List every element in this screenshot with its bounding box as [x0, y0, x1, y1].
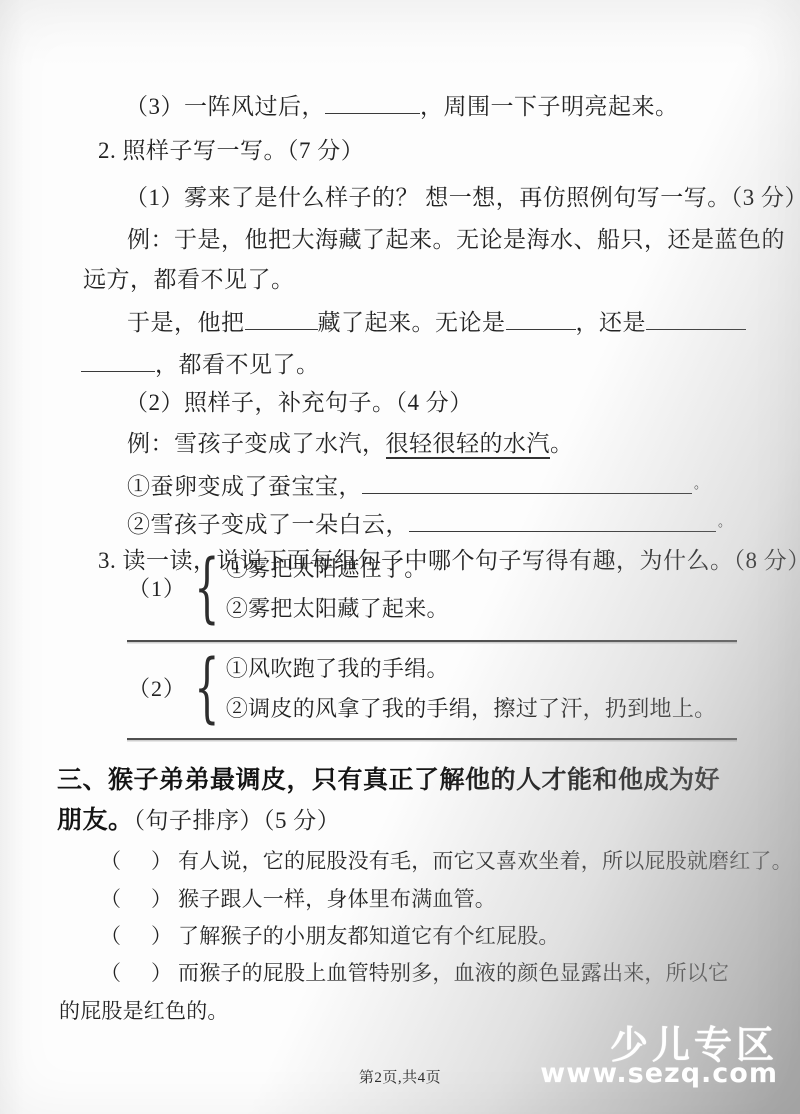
- ordering-item-4-wrap: 的屁股是红色的。: [59, 995, 229, 1025]
- question-text: ①蚕卵变成了蚕宝宝，: [127, 474, 362, 499]
- group-label: （2）: [128, 672, 186, 703]
- ordering-text: 的屁股是红色的。: [59, 999, 229, 1023]
- group-sentences: ①风吹跑了我的手绢。 ②调皮的风拿了我的手绢，擦过了汗，扔到地上。: [226, 652, 717, 723]
- heading-subtext: （句子排序）（5 分）: [134, 808, 341, 833]
- question-text: （3）一阵风过后，: [125, 94, 325, 119]
- question-text: 2. 照样子写一写。（7 分）: [98, 138, 364, 163]
- completion-item-1: ①蚕卵变成了蚕宝宝，。: [127, 470, 708, 502]
- heading-text: 三、猴子弟弟最调皮，只有真正了解他的人才能和他成为好: [57, 766, 720, 794]
- question-text: ②雪孩子变成了一朵白云，: [127, 512, 409, 537]
- question-2-2-title: （2）照样子，补充句子。（4 分）: [125, 389, 473, 418]
- answer-bracket: （ ）: [100, 961, 168, 985]
- exam-paper-page: （3）一阵风过后，，周围一下子明亮起来。 2. 照样子写一写。（7 分） （1）…: [0, 0, 800, 1114]
- ordering-item-4: （ ）而猴子的屁股上血管特别多，血液的颜色显露出来，所以它: [100, 957, 729, 987]
- question-text: ，周围一下子明亮起来。: [420, 94, 679, 119]
- blank-underline: [646, 306, 746, 330]
- sentence-group-2: （2） { ①风吹跑了我的手绢。 ②调皮的风拿了我的手绢，擦过了汗，扔到地上。: [128, 652, 716, 723]
- answer-line: [127, 640, 737, 642]
- ordering-item-3: （ ）了解猴子的小朋友都知道它有个红屁股。: [100, 920, 560, 950]
- heading-text: 朋友。: [57, 806, 134, 834]
- blank-underline: [506, 306, 576, 330]
- example-sentence-line2: 远方，都看不见了。: [83, 266, 295, 295]
- period-mark: 。: [718, 514, 732, 529]
- section-3-heading-line2: 朋友。（句子排序）（5 分）: [57, 800, 340, 836]
- watermark-url-text: www.sezq.com: [540, 1058, 778, 1089]
- blank-underline: [81, 348, 155, 372]
- sentence-option-1: ①风吹跑了我的手绢。: [226, 652, 717, 683]
- question-text: 例：于是，他把大海藏了起来。无论是海水、船只，还是蓝色的: [127, 227, 785, 252]
- answer-line: [127, 738, 737, 740]
- sentence-group-1: （1） { ①雾把太阳遮住了。 ②雾把太阳藏了起来。: [128, 552, 449, 623]
- left-brace-glyph: {: [194, 553, 219, 621]
- question-text: ，还是: [576, 310, 647, 335]
- sentence-option-1: ①雾把太阳遮住了。: [226, 552, 449, 583]
- answer-bracket: （ ）: [100, 887, 168, 911]
- sentence-option-2: ②雾把太阳藏了起来。: [226, 592, 449, 623]
- ordering-text: 了解猴子的小朋友都知道它有个红屁股。: [178, 924, 560, 948]
- question-text: （1）雾来了是什么样子的？ 想一想，再仿照例句写一写。（3 分）: [125, 185, 800, 210]
- watermark-site-url: www.sezq.com: [540, 1058, 778, 1089]
- example-underlined-sentence: 例：雪孩子变成了水汽，很轻很轻的水汽。: [127, 430, 574, 459]
- fill-in-sentence-line1: 于是，他把藏了起来。无论是，还是: [127, 306, 746, 338]
- example-sentence-line1: 例：于是，他把大海藏了起来。无论是海水、船只，还是蓝色的: [127, 226, 785, 255]
- question-text: 于是，他把: [127, 310, 245, 335]
- question-text: ，都看不见了。: [155, 352, 320, 377]
- left-brace-glyph: {: [194, 653, 219, 721]
- answer-bracket: （ ）: [100, 924, 168, 948]
- ordering-text: 而猴子的屁股上血管特别多，血液的颜色显露出来，所以它: [178, 961, 729, 985]
- answer-bracket: （ ）: [100, 849, 168, 873]
- underlined-text: 很轻很轻的水汽: [386, 431, 551, 459]
- group-label: （1）: [128, 572, 186, 603]
- completion-item-2: ②雪孩子变成了一朵白云，。: [127, 508, 732, 540]
- section-3-heading-line1: 三、猴子弟弟最调皮，只有真正了解他的人才能和他成为好: [57, 760, 720, 796]
- question-text: 。: [550, 431, 574, 456]
- fill-in-sentence-line2: ，都看不见了。: [81, 348, 320, 380]
- ordering-item-2: （ ）猴子跟人一样，身体里布满血管。: [100, 883, 496, 913]
- question-1-3-line: （3）一阵风过后，，周围一下子明亮起来。: [125, 90, 679, 122]
- ordering-text: 有人说，它的屁股没有毛，而它又喜欢坐着，所以屁股就磨红了。: [178, 849, 793, 873]
- ordering-text: 猴子跟人一样，身体里布满血管。: [178, 887, 496, 911]
- question-2-1-title: （1）雾来了是什么样子的？ 想一想，再仿照例句写一写。（3 分）: [125, 184, 800, 213]
- question-text: 远方，都看不见了。: [83, 267, 295, 292]
- question-text: 藏了起来。无论是: [318, 310, 506, 335]
- blank-underline: [325, 90, 420, 114]
- period-mark: 。: [694, 476, 708, 491]
- blank-underline: [245, 306, 318, 330]
- blank-underline: [362, 470, 692, 494]
- page-number-text: 第2页,共4页: [359, 1070, 441, 1086]
- blank-underline: [409, 508, 716, 532]
- question-text: （2）照样子，补充句子。（4 分）: [125, 390, 473, 415]
- sentence-option-2: ②调皮的风拿了我的手绢，擦过了汗，扔到地上。: [226, 692, 717, 723]
- question-2-title: 2. 照样子写一写。（7 分）: [98, 137, 364, 166]
- ordering-item-1: （ ）有人说，它的屁股没有毛，而它又喜欢坐着，所以屁股就磨红了。: [100, 845, 793, 875]
- question-text: 例：雪孩子变成了水汽，: [127, 431, 386, 456]
- group-sentences: ①雾把太阳遮住了。 ②雾把太阳藏了起来。: [226, 552, 449, 623]
